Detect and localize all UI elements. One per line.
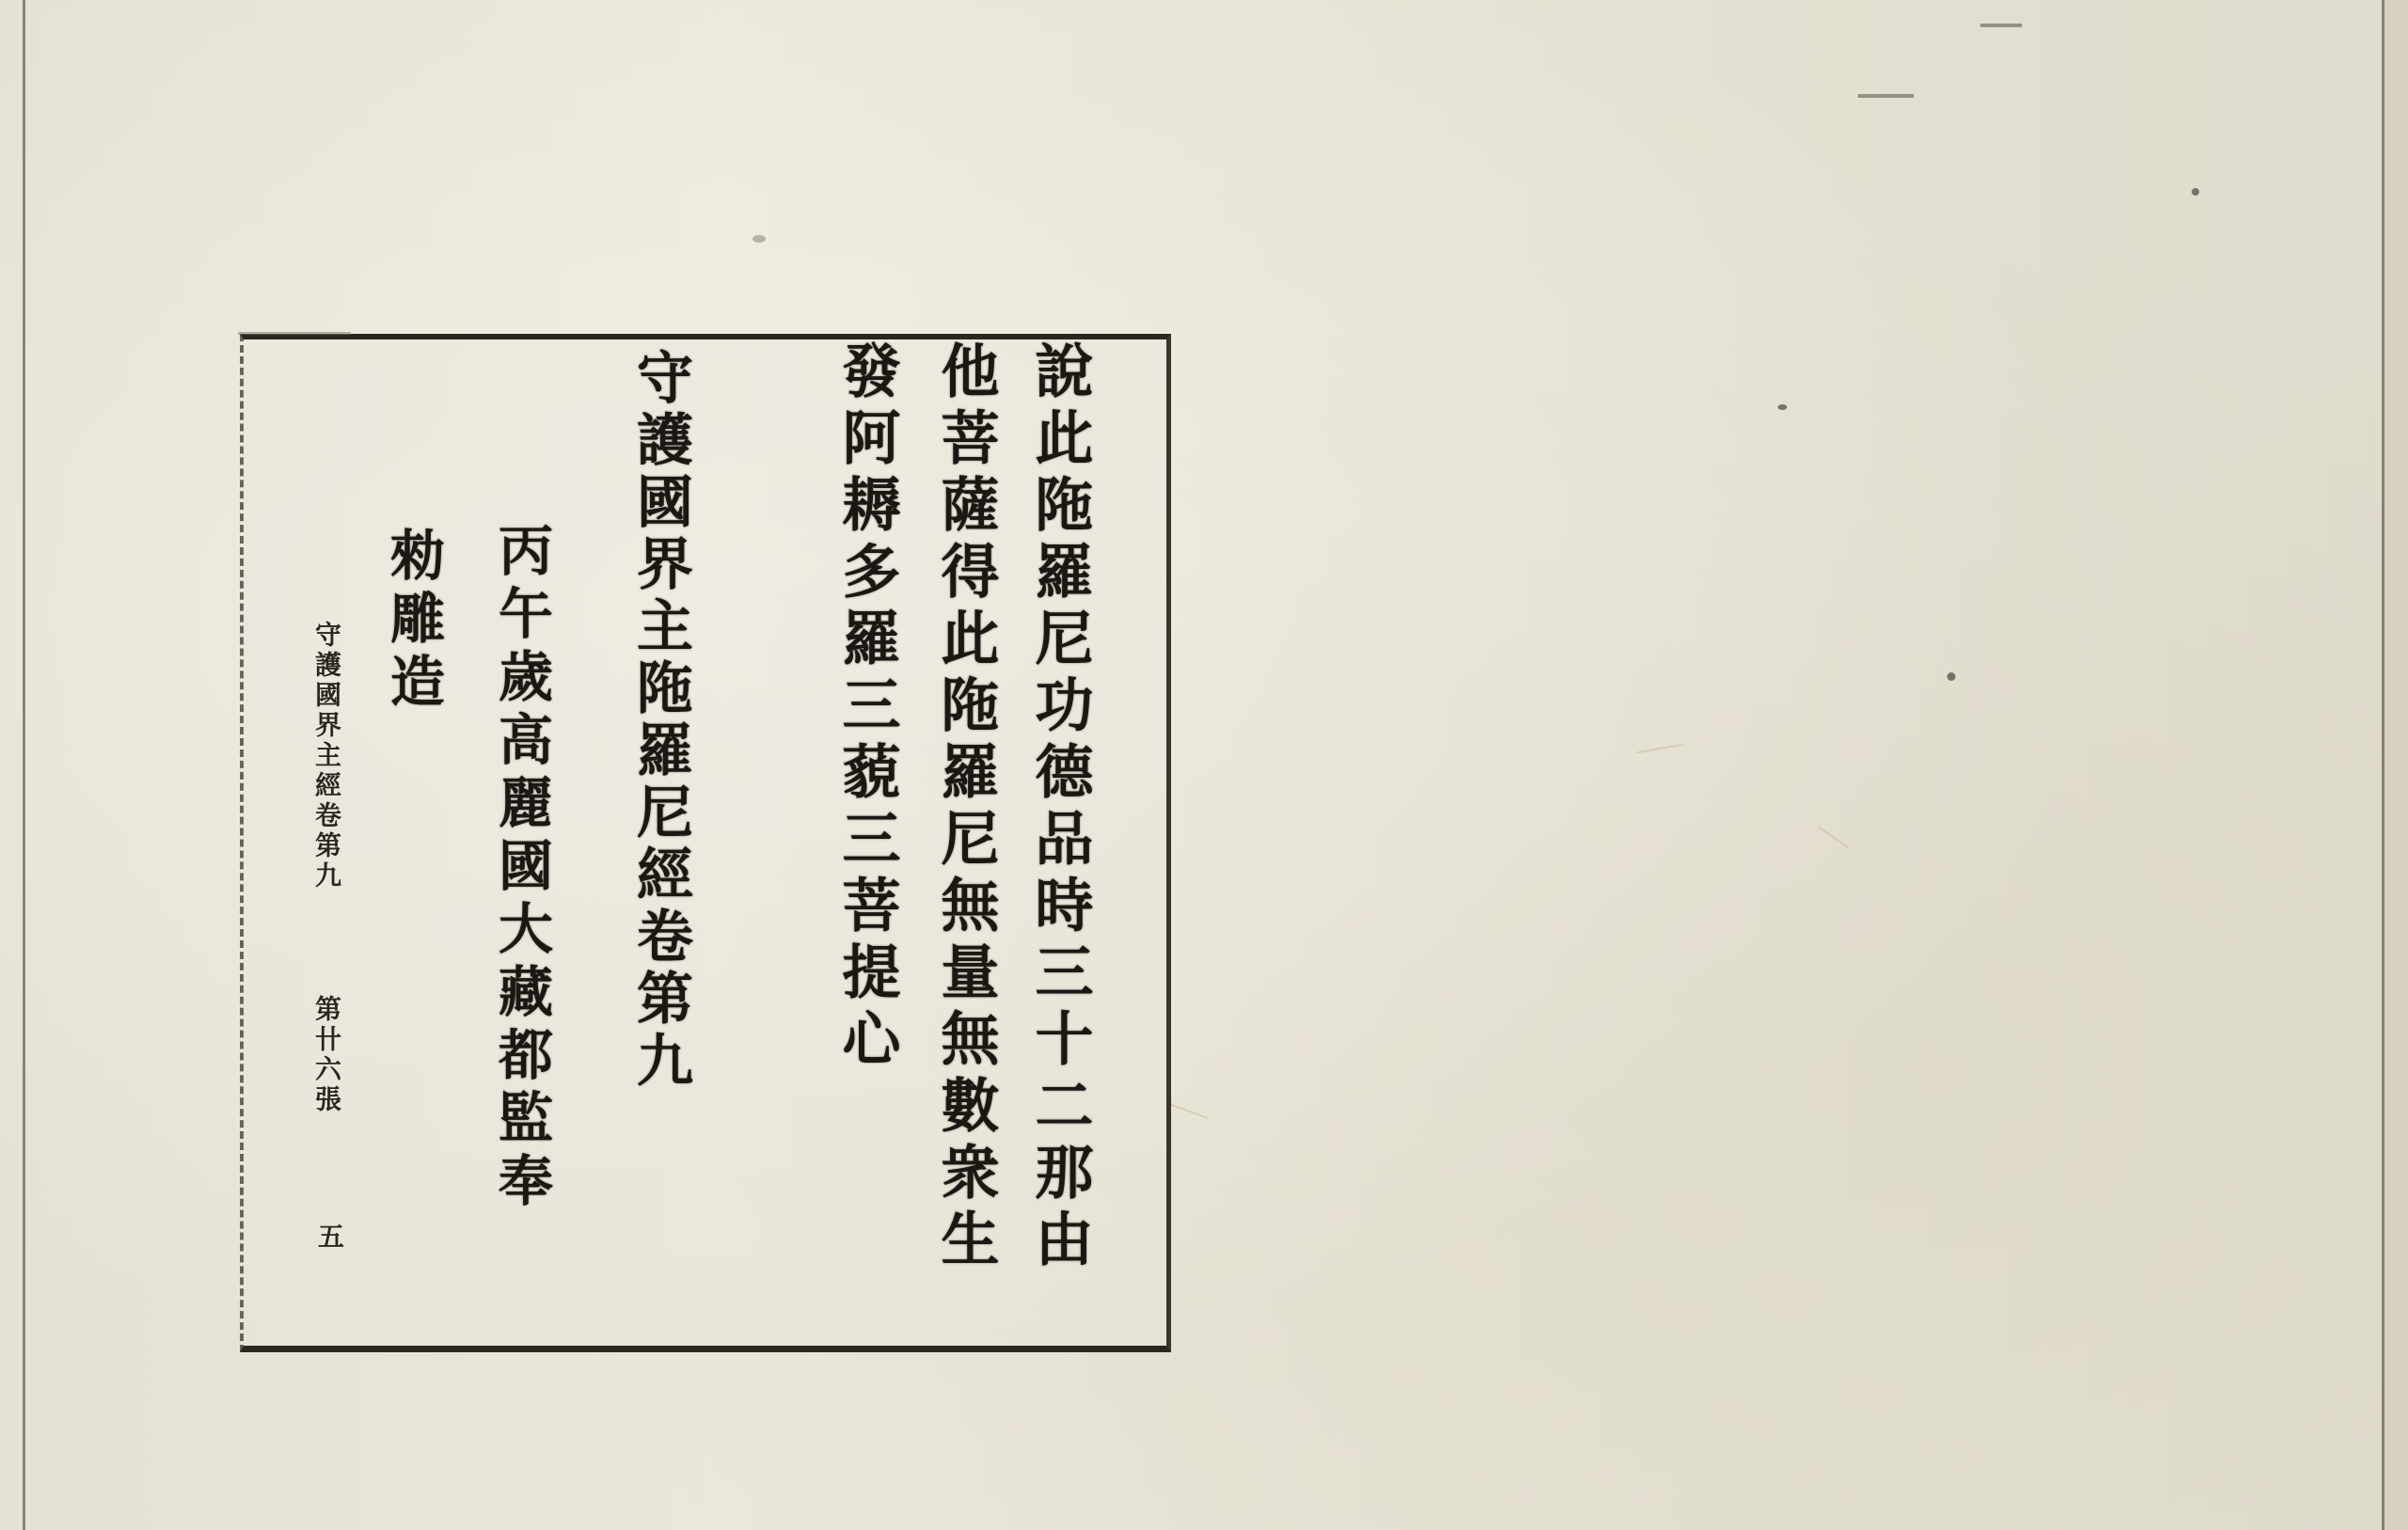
margin-carver-mark: 五: [316, 1222, 342, 1253]
paper-speck: [2192, 188, 2199, 196]
right-fold-line: [2382, 0, 2384, 1530]
colophon-line-1: 丙午歲高麗國大藏都監奉: [494, 522, 548, 1215]
paper-speck: [1858, 94, 1914, 98]
paper-speck: [1947, 672, 1956, 681]
colophon-line-2: 勑雕造: [386, 527, 440, 716]
paper-speck: [1980, 24, 2022, 27]
paper-speck: [1778, 404, 1787, 410]
sutra-title-column: 守護國界主陁羅尼經卷第九: [632, 348, 689, 1093]
paper-speck: [752, 235, 766, 243]
adjacent-page-edge: [2384, 0, 2408, 1530]
margin-sheet-number: 第卄六張: [313, 995, 340, 1115]
main-text-column-3: 發阿耨多羅三藐三菩提心: [837, 340, 895, 1075]
margin-short-title: 守護國界主經卷第九: [313, 621, 340, 891]
left-fold-line: [23, 0, 25, 1530]
main-text-column-2: 他菩薩得此陁羅尼無量無數衆生: [936, 340, 994, 1275]
main-text-column-1: 說此陁羅尼功德品時三十二那由: [1030, 340, 1088, 1275]
